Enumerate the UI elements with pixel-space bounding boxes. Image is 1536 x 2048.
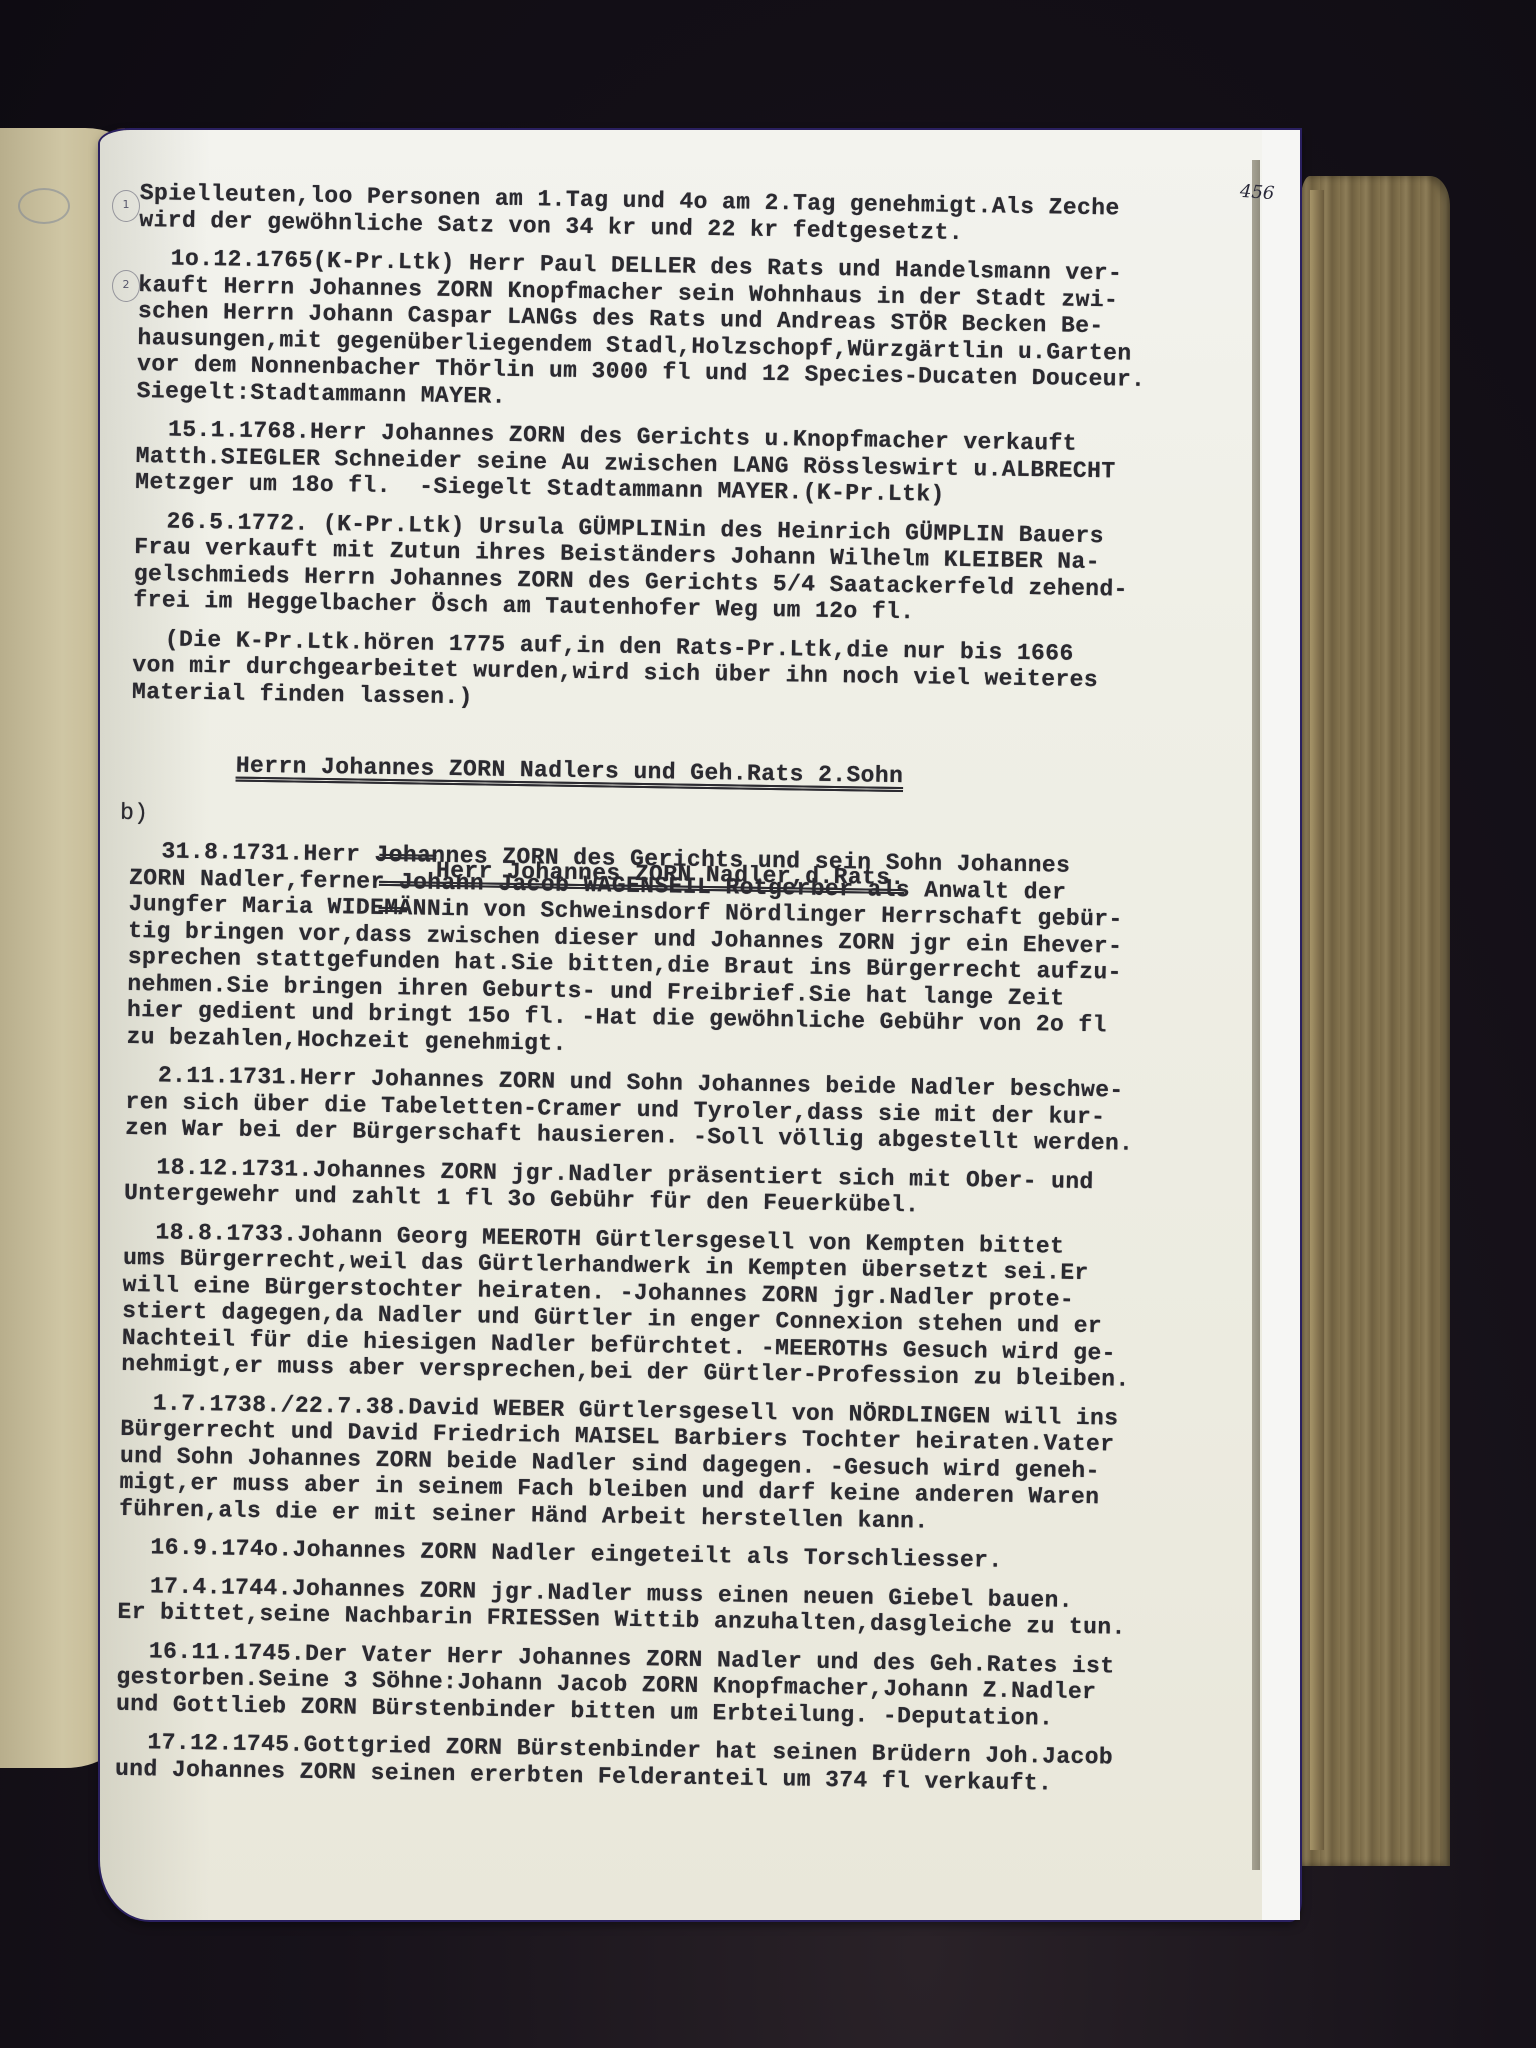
page-right-margin [1262,130,1300,1920]
entries-second-section: 31.8.1731.Herr Johannes ZORN des Gericht… [115,838,1240,1799]
margin-circle-mark [18,188,70,224]
entries-first-section: Spielleuten,loo Personen am 1.Tag und 4o… [132,180,1250,722]
text-line: 16.9.174o.Johannes ZORN Nadler eingeteil… [118,1534,1228,1578]
margin-annotation-2: 2 [112,270,140,302]
subsection-heading: b) Herr Johannes ZORN Nadler,d.Rats. [130,799,1240,843]
margin-annotation-1: 1 [112,190,140,222]
section-heading: Herrn Johannes ZORN Nadlers und Geh.Rats… [131,751,1241,795]
book-page-edges-inner [1310,190,1324,1850]
page-edge-rule [1252,160,1260,1870]
document-body: Spielleuten,loo Personen am 1.Tag und 4o… [115,180,1250,1799]
subsection-label: b) [120,799,149,826]
